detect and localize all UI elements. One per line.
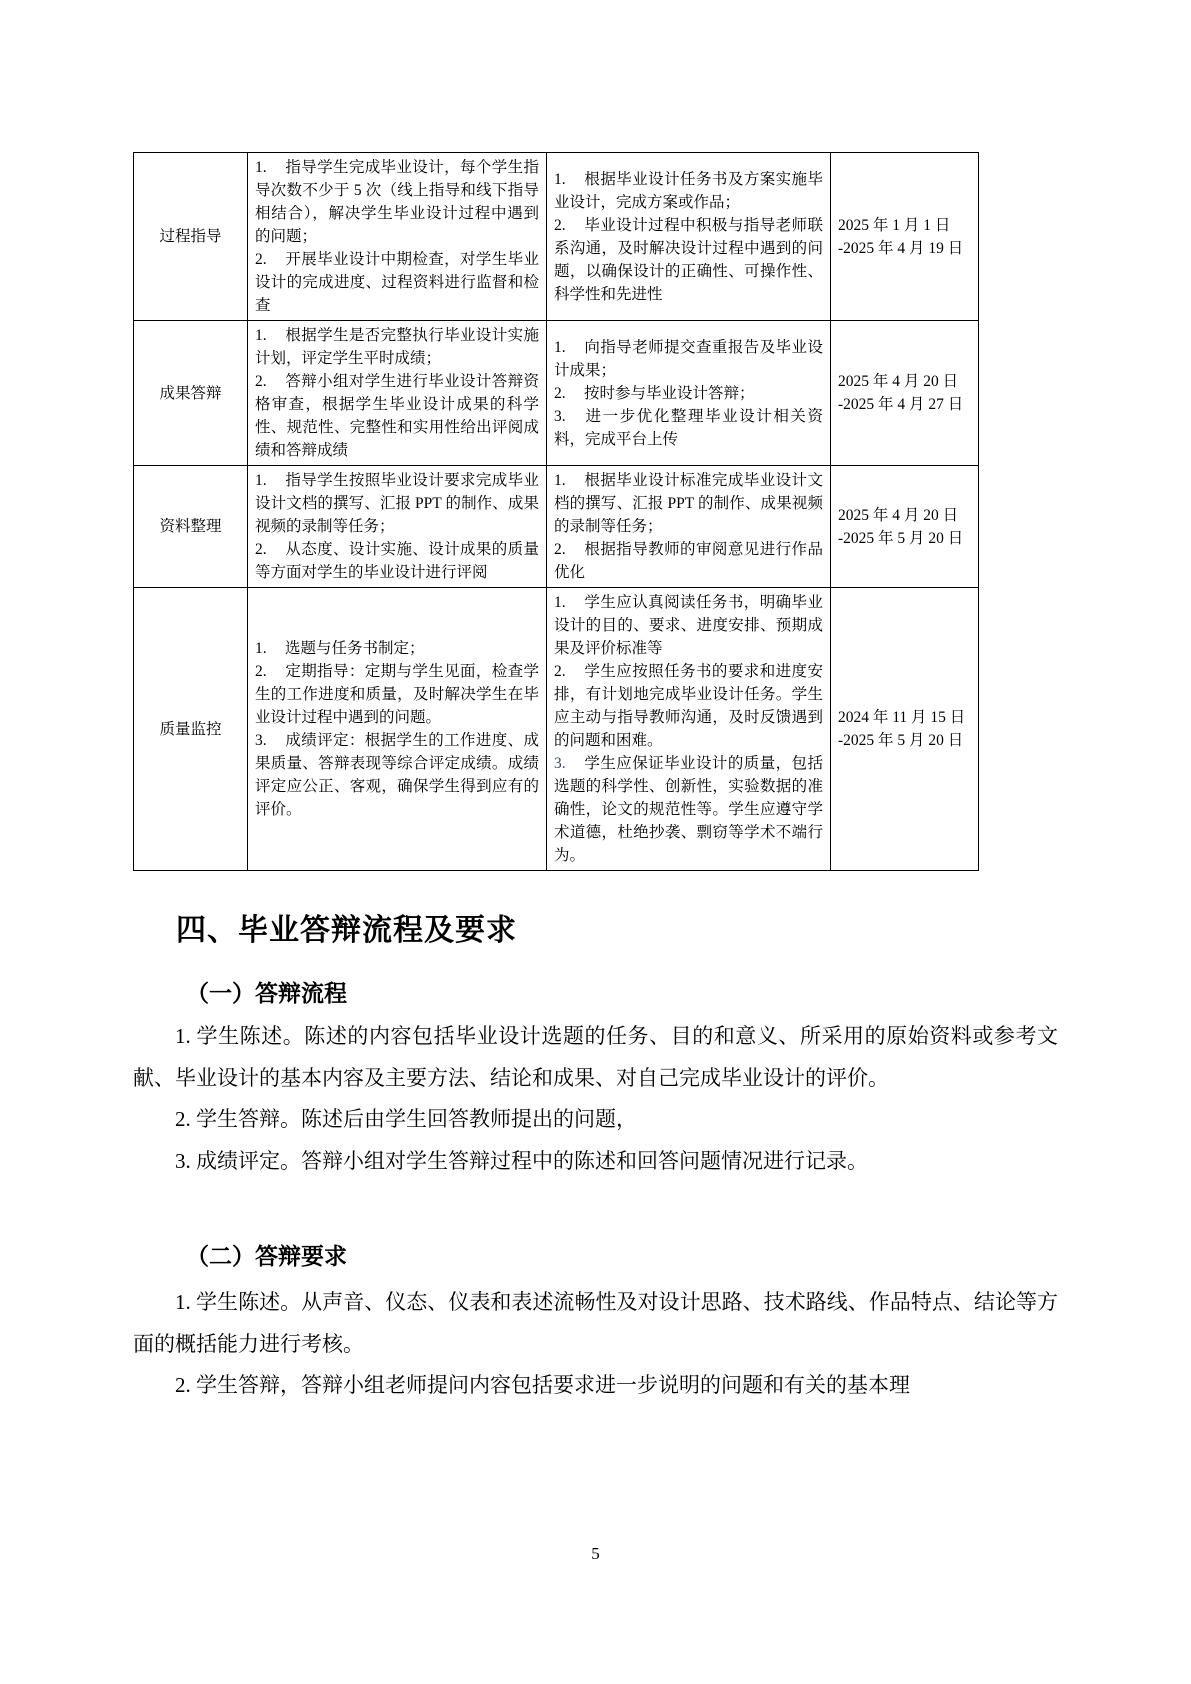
defense-requirements-paragraphs: 1. 学生陈述。从声音、仪态、仪表和表述流畅性及对设计思路、技术路线、作品特点、…	[133, 1282, 1058, 1407]
date-line: 2025 年 1 月 1 日	[838, 214, 971, 237]
task-item: 3.成绩评定：根据学生的工作进度、成果质量、答辩表现等综合评定成绩。成绩评定应公…	[255, 729, 539, 821]
task-item: 3.进一步优化整理毕业设计相关资料，完成平台上传	[554, 405, 823, 451]
teacher-tasks-cell: 1.根据学生是否完整执行毕业设计实施计划，评定学生平时成绩；2.答辩小组对学生进…	[248, 321, 547, 466]
subsection-2-title: （二）答辩要求	[186, 1238, 347, 1271]
paragraph: 3. 成绩评定。答辩小组对学生答辩过程中的陈述和回答问题情况进行记录。	[133, 1141, 1058, 1183]
task-item: 3.学生应保证毕业设计的质量，包括选题的科学性、创新性，实验数据的准确性，论文的…	[554, 752, 823, 867]
date-line: 2025 年 4 月 20 日	[838, 504, 971, 527]
task-item: 1.选题与任务书制定；	[255, 637, 539, 660]
schedule-table: 过程指导1.指导学生完成毕业设计，每个学生指导次数不少于 5 次（线上指导和线下…	[133, 152, 979, 871]
date-line: 2025 年 4 月 20 日	[838, 370, 971, 393]
subsection-1-title: （一）答辩流程	[186, 975, 347, 1008]
stage-cell: 资料整理	[134, 466, 248, 588]
teacher-tasks-cell: 1.指导学生完成毕业设计，每个学生指导次数不少于 5 次（线上指导和线下指导相结…	[248, 153, 547, 321]
task-item: 1.指导学生按照毕业设计要求完成毕业设计文档的撰写、汇报 PPT 的制作、成果视…	[255, 469, 539, 538]
date-cell: 2025 年 4 月 20 日-2025 年 5 月 20 日	[831, 466, 979, 588]
defense-flow-paragraphs: 1. 学生陈述。陈述的内容包括毕业设计选题的任务、目的和意义、所采用的原始资料或…	[133, 1016, 1058, 1182]
table-row: 过程指导1.指导学生完成毕业设计，每个学生指导次数不少于 5 次（线上指导和线下…	[134, 153, 979, 321]
date-cell: 2025 年 1 月 1 日-2025 年 4 月 19 日	[831, 153, 979, 321]
date-line: -2025 年 5 月 20 日	[838, 527, 971, 550]
paragraph: 1. 学生陈述。从声音、仪态、仪表和表述流畅性及对设计思路、技术路线、作品特点、…	[133, 1282, 1058, 1365]
table-body: 过程指导1.指导学生完成毕业设计，每个学生指导次数不少于 5 次（线上指导和线下…	[134, 153, 979, 871]
date-line: 2024 年 11 月 15 日	[838, 706, 971, 729]
student-tasks-cell: 1.学生应认真阅读任务书，明确毕业设计的目的、要求、进度安排、预期成果及评价标准…	[547, 588, 831, 871]
date-line: -2025 年 5 月 20 日	[838, 729, 971, 752]
date-cell: 2024 年 11 月 15 日-2025 年 5 月 20 日	[831, 588, 979, 871]
task-item: 2.开展毕业设计中期检查，对学生毕业设计的完成进度、过程资料进行监督和检查	[255, 248, 539, 317]
teacher-tasks-cell: 1.指导学生按照毕业设计要求完成毕业设计文档的撰写、汇报 PPT 的制作、成果视…	[248, 466, 547, 588]
teacher-tasks-cell: 1.选题与任务书制定；2.定期指导：定期与学生见面，检查学生的工作进度和质量，及…	[248, 588, 547, 871]
student-tasks-cell: 1.根据毕业设计标准完成毕业设计文档的撰写、汇报 PPT 的制作、成果视频的录制…	[547, 466, 831, 588]
document-page: 过程指导1.指导学生完成毕业设计，每个学生指导次数不少于 5 次（线上指导和线下…	[0, 0, 1191, 1684]
date-line: -2025 年 4 月 19 日	[838, 237, 971, 260]
paragraph: 1. 学生陈述。陈述的内容包括毕业设计选题的任务、目的和意义、所采用的原始资料或…	[133, 1016, 1058, 1099]
section-heading: 四、毕业答辩流程及要求	[176, 905, 517, 949]
task-item: 2.按时参与毕业设计答辩；	[554, 382, 823, 405]
task-item: 2.学生应按照任务书的要求和进度安排，有计划地完成毕业设计任务。学生应主动与指导…	[554, 660, 823, 752]
paragraph: 2. 学生答辩。陈述后由学生回答教师提出的问题，	[133, 1099, 1058, 1141]
task-item: 1.根据学生是否完整执行毕业设计实施计划，评定学生平时成绩；	[255, 324, 539, 370]
task-item: 2.毕业设计过程中积极与指导老师联系沟通，及时解决设计过程中遇到的问题，以确保设…	[554, 214, 823, 306]
page-number: 5	[0, 1544, 1191, 1564]
task-item: 1.指导学生完成毕业设计，每个学生指导次数不少于 5 次（线上指导和线下指导相结…	[255, 156, 539, 248]
task-item: 1.学生应认真阅读任务书，明确毕业设计的目的、要求、进度安排、预期成果及评价标准…	[554, 591, 823, 660]
paragraph: 2. 学生答辩，答辩小组老师提问内容包括要求进一步说明的问题和有关的基本理	[133, 1365, 1058, 1407]
task-item: 2.从态度、设计实施、设计成果的质量等方面对学生的毕业设计进行评阅	[255, 538, 539, 584]
student-tasks-cell: 1.向指导老师提交查重报告及毕业设计成果；2.按时参与毕业设计答辩；3.进一步优…	[547, 321, 831, 466]
date-cell: 2025 年 4 月 20 日-2025 年 4 月 27 日	[831, 321, 979, 466]
table-row: 质量监控1.选题与任务书制定；2.定期指导：定期与学生见面，检查学生的工作进度和…	[134, 588, 979, 871]
stage-cell: 过程指导	[134, 153, 248, 321]
task-item: 1.根据毕业设计任务书及方案实施毕业设计，完成方案或作品；	[554, 168, 823, 214]
stage-cell: 质量监控	[134, 588, 248, 871]
stage-cell: 成果答辩	[134, 321, 248, 466]
table-row: 成果答辩1.根据学生是否完整执行毕业设计实施计划，评定学生平时成绩；2.答辩小组…	[134, 321, 979, 466]
date-line: -2025 年 4 月 27 日	[838, 393, 971, 416]
task-item: 1.根据毕业设计标准完成毕业设计文档的撰写、汇报 PPT 的制作、成果视频的录制…	[554, 469, 823, 538]
task-item: 2.答辩小组对学生进行毕业设计答辩资格审查，根据学生毕业设计成果的科学性、规范性…	[255, 370, 539, 462]
student-tasks-cell: 1.根据毕业设计任务书及方案实施毕业设计，完成方案或作品；2.毕业设计过程中积极…	[547, 153, 831, 321]
table-row: 资料整理1.指导学生按照毕业设计要求完成毕业设计文档的撰写、汇报 PPT 的制作…	[134, 466, 979, 588]
task-item: 1.向指导老师提交查重报告及毕业设计成果；	[554, 336, 823, 382]
task-item: 2.定期指导：定期与学生见面，检查学生的工作进度和质量，及时解决学生在毕业设计过…	[255, 660, 539, 729]
task-item: 2.根据指导教师的审阅意见进行作品优化	[554, 538, 823, 584]
